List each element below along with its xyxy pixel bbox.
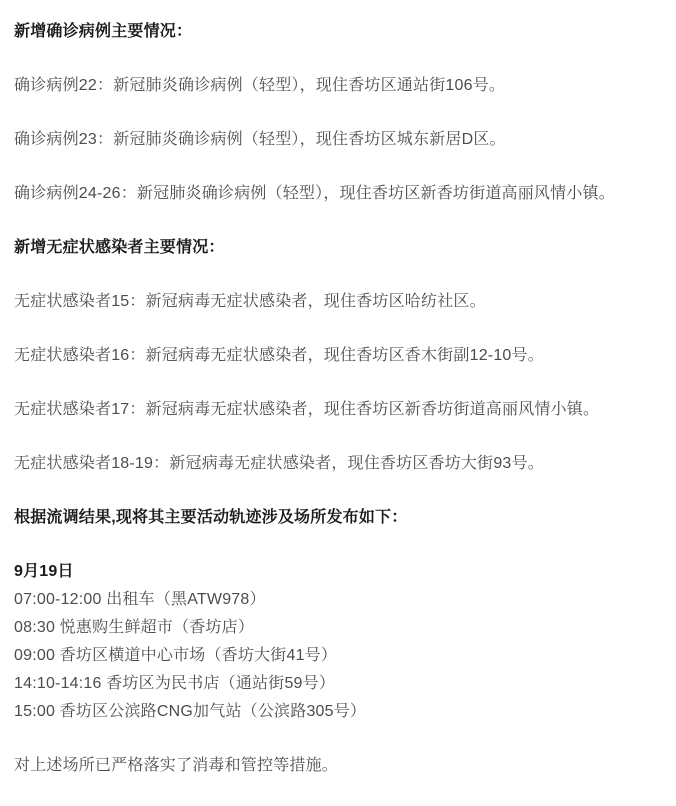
- asymptomatic-case-18-19-paragraph: 无症状感染者18-19：新冠病毒无症状感染者，现住香坊区香坊大街93号。: [14, 450, 662, 478]
- itinerary-entry-cng-station: 15:00 香坊区公滨路CNG加气站（公滨路305号）: [14, 698, 662, 726]
- section-heading-trace-results: 根据流调结果,现将其主要活动轨迹涉及场所发布如下：: [14, 504, 662, 532]
- closing-statement-paragraph: 对上述场所已严格落实了消毒和管控等措施。: [14, 752, 662, 780]
- confirmed-case-24-26-paragraph: 确诊病例24-26：新冠肺炎确诊病例（轻型），现住香坊区新香坊街道高丽风情小镇。: [14, 180, 662, 208]
- itinerary-entry-market: 09:00 香坊区横道中心市场（香坊大街41号）: [14, 642, 662, 670]
- itinerary-entry-supermarket: 08:30 悦惠购生鲜超市（香坊店）: [14, 614, 662, 642]
- confirmed-case-23-paragraph: 确诊病例23：新冠肺炎确诊病例（轻型），现住香坊区城东新居D区。: [14, 126, 662, 154]
- confirmed-case-22-paragraph: 确诊病例22：新冠肺炎确诊病例（轻型），现住香坊区通站街106号。: [14, 72, 662, 100]
- notice-document: 新增确诊病例主要情况： 确诊病例22：新冠肺炎确诊病例（轻型），现住香坊区通站街…: [0, 0, 676, 780]
- asymptomatic-case-15-paragraph: 无症状感染者15：新冠病毒无症状感染者，现住香坊区哈纺社区。: [14, 288, 662, 316]
- itinerary-entry-bookstore: 14:10-14:16 香坊区为民书店（通站街59号）: [14, 670, 662, 698]
- asymptomatic-case-16-paragraph: 无症状感染者16：新冠病毒无症状感染者，现住香坊区香木街副12-10号。: [14, 342, 662, 370]
- section-heading-asymptomatic-cases: 新增无症状感染者主要情况：: [14, 234, 662, 262]
- asymptomatic-case-17-paragraph: 无症状感染者17：新冠病毒无症状感染者，现住香坊区新香坊街道高丽风情小镇。: [14, 396, 662, 424]
- itinerary-date: 9月19日: [14, 558, 662, 586]
- itinerary-block: 9月19日 07:00-12:00 出租车（黑ATW978） 08:30 悦惠购…: [14, 558, 662, 726]
- section-heading-confirmed-cases: 新增确诊病例主要情况：: [14, 18, 662, 46]
- itinerary-entry-taxi: 07:00-12:00 出租车（黑ATW978）: [14, 586, 662, 614]
